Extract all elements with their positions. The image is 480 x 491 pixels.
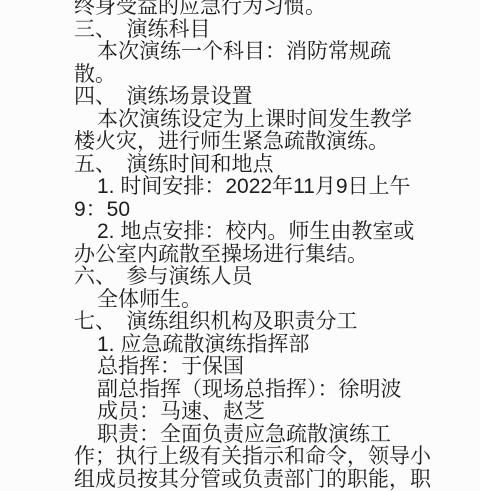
document-line: 五、 演练时间和地点 [0, 154, 480, 177]
document-line: 作；执行上级有关指示和命令，领导小 [0, 446, 480, 469]
document-line: 组成员按其分管或负责部门的职能，职 [0, 469, 480, 481]
document-line: 七、 演练组织机构及职责分工 [0, 311, 480, 334]
document-line: 1. 应急疏散演练指挥部 [0, 334, 480, 357]
document-line: 三、 演练科目 [0, 19, 480, 42]
document-line: 四、 演练场景设置 [0, 86, 480, 109]
document-line: 终身受益的应急行为习惯。 [0, 0, 480, 19]
document-line: 办公室内疏散至操场进行集结。 [0, 244, 480, 267]
document-line: 本次演练设定为上课时间发生教学 [0, 109, 480, 132]
document-line: 散。 [0, 64, 480, 87]
document-line: 总指挥：于保国 [0, 356, 480, 379]
document-line: 全体师生。 [0, 289, 480, 312]
document-line: 副总指挥（现场总指挥）：徐明波 [0, 379, 480, 402]
document-line: 2. 地点安排：校内。师生由教室或 [0, 221, 480, 244]
document-line: 职责：全面负责应急疏散演练工 [0, 424, 480, 447]
document-line: 1. 时间安排：2022年11月9日上午 [0, 176, 480, 199]
document-line: 本次演练一个科目：消防常规疏 [0, 41, 480, 64]
document-line: 楼火灾，进行师生紧急疏散演练。 [0, 131, 480, 154]
document-page: 终身受益的应急行为习惯。三、 演练科目本次演练一个科目：消防常规疏散。四、 演练… [0, 0, 480, 480]
document-text: 终身受益的应急行为习惯。三、 演练科目本次演练一个科目：消防常规疏散。四、 演练… [0, 0, 480, 480]
document-line: 六、 参与演练人员 [0, 266, 480, 289]
document-line: 9：50 [0, 199, 480, 222]
document-line: 成员：马速、赵芝 [0, 401, 480, 424]
